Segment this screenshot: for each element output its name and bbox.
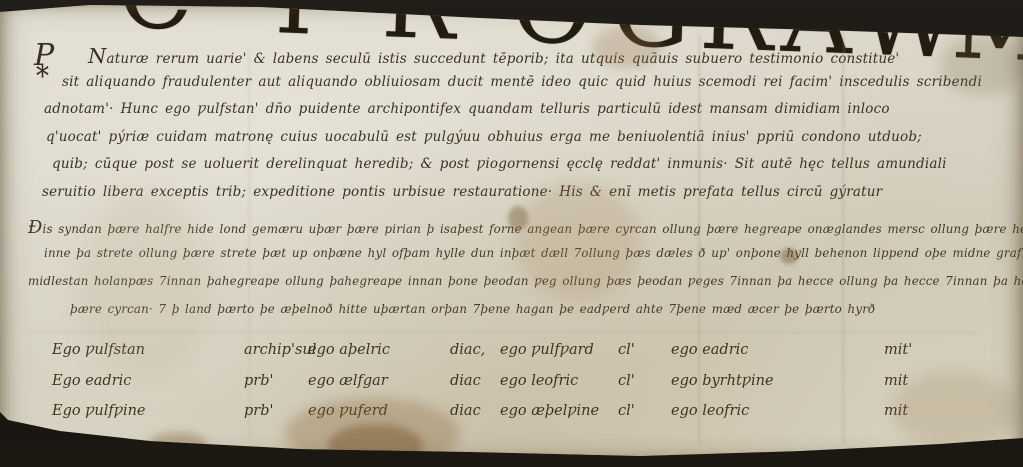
stain-blob: [328, 424, 423, 466]
witness-rank: diac: [450, 373, 500, 389]
photo-background: C Y R O G R A W M P * Naturæ rerum uarie…: [0, 0, 1023, 467]
witness-name: Ego ƿulfƿine: [52, 403, 244, 419]
witness-rank: cl': [618, 403, 671, 419]
witness-rank: diac,: [450, 342, 500, 358]
bounds-line-3: midlestan holanpæs 7innan þahegreape oll…: [28, 274, 1023, 288]
witness-row: Ego ƿulfstan archip'sul ego aþelric diac…: [52, 342, 944, 358]
witness-row: Ego ƿulfƿine prb' ego ƿuferd diac ego æþ…: [52, 403, 944, 419]
witness-rank: prb': [244, 373, 308, 389]
bounds-line-2: inne þa strete ollung þære strete þæt up…: [44, 246, 1023, 260]
witness-row: Ego eadric prb' ego ælfgar diac ego leof…: [52, 373, 944, 389]
witness-name: ego aþelric: [308, 342, 450, 358]
witness-rank: cl': [618, 373, 671, 389]
parchment-document: C Y R O G R A W M P * Naturæ rerum uarie…: [0, 0, 1023, 467]
witness-rank: mit: [884, 403, 944, 419]
latin-line-2: sit aliquando fraudulenter aut aliquando…: [62, 74, 982, 90]
witness-rank: prb': [244, 403, 308, 419]
stain-blob: [148, 432, 208, 458]
witness-name: Ego ƿulfstan: [52, 342, 244, 358]
latin-line-5: quib; cūque post se uoluerit derelinquat…: [52, 156, 947, 172]
chirograph-letter: Y: [260, 0, 328, 50]
fold-crease-horizontal: [28, 332, 978, 334]
witness-name: ego æþelƿine: [500, 403, 618, 419]
witness-rank: archip'sul: [244, 342, 308, 358]
chrismon-cross-mark: *: [36, 59, 49, 95]
latin-line-3: adnotam'· Hunc ego ƿulfstan' dn̄o puiden…: [44, 101, 890, 117]
witness-name: Ego eadric: [52, 373, 244, 389]
witness-rank: cl': [618, 342, 671, 358]
bounds-line-4: þære cyrcan· 7 þ land þærto þe æþelnoð h…: [70, 302, 875, 316]
latin-line-4: q'uocat' pýriæ cuidam matronę cuius uoca…: [46, 129, 922, 145]
witness-name: ego leofric: [500, 373, 618, 389]
witness-name: ego byrhtƿine: [671, 373, 884, 389]
witness-name: ego eadric: [671, 342, 884, 358]
witness-name: ego ƿuferd: [308, 403, 450, 419]
witness-rank: diac: [450, 403, 500, 419]
witness-rank: mit': [884, 342, 944, 358]
witness-name: ego ælfgar: [308, 373, 450, 389]
witness-name: ego leofric: [671, 403, 884, 419]
chirograph-letter: C: [117, 0, 196, 45]
latin-line-6: seruitio libera exceptis trib; expeditio…: [42, 184, 882, 200]
witness-name: ego ƿulfƿard: [500, 342, 618, 358]
witness-rank: mit: [884, 373, 944, 389]
chirograph-letter: M: [950, 0, 1023, 77]
bounds-line-1: Ðis syndan þære halfre hide lond gemæru …: [28, 218, 1023, 238]
latin-line-1: Naturæ rerum uarie' & labens seculū isti…: [88, 44, 899, 68]
